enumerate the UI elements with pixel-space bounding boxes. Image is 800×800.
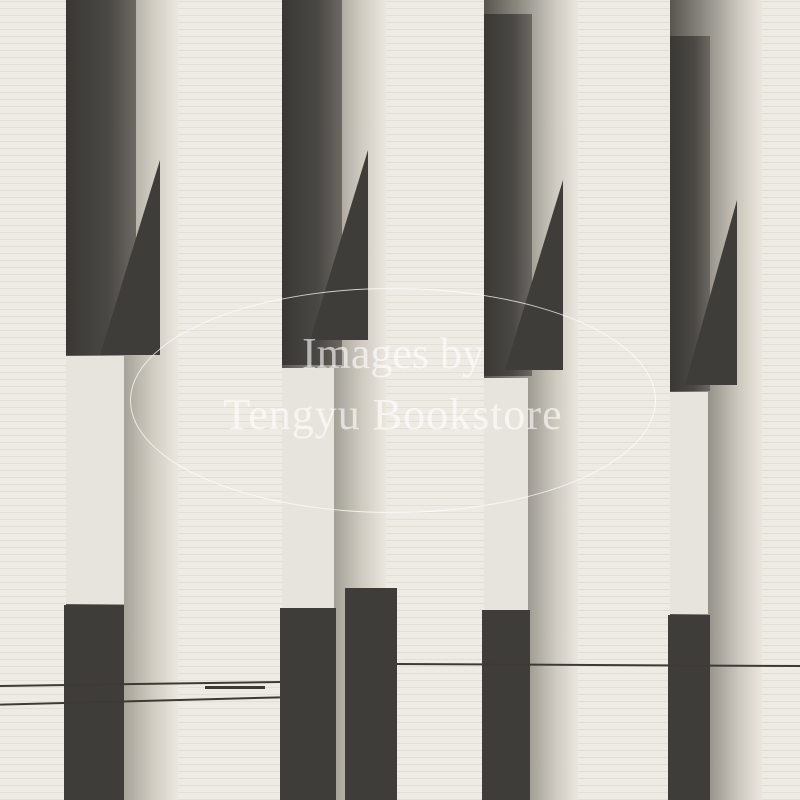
watermark-line-1: Images by <box>130 332 656 376</box>
spandrel-panel-1 <box>66 356 124 604</box>
lower-window-2b <box>345 588 397 800</box>
lower-window-4 <box>668 615 710 800</box>
watermark-line-2: Tengyu Bookstore <box>130 393 656 437</box>
lower-window-3 <box>482 610 530 800</box>
sunshade-fin-4 <box>685 200 737 385</box>
power-line-4 <box>205 686 265 689</box>
spandrel-panel-4 <box>670 392 708 614</box>
sunshade-fin-1 <box>100 160 160 355</box>
lower-window-2 <box>280 608 336 800</box>
building-facade-photo: Images by Tengyu Bookstore <box>0 0 800 800</box>
